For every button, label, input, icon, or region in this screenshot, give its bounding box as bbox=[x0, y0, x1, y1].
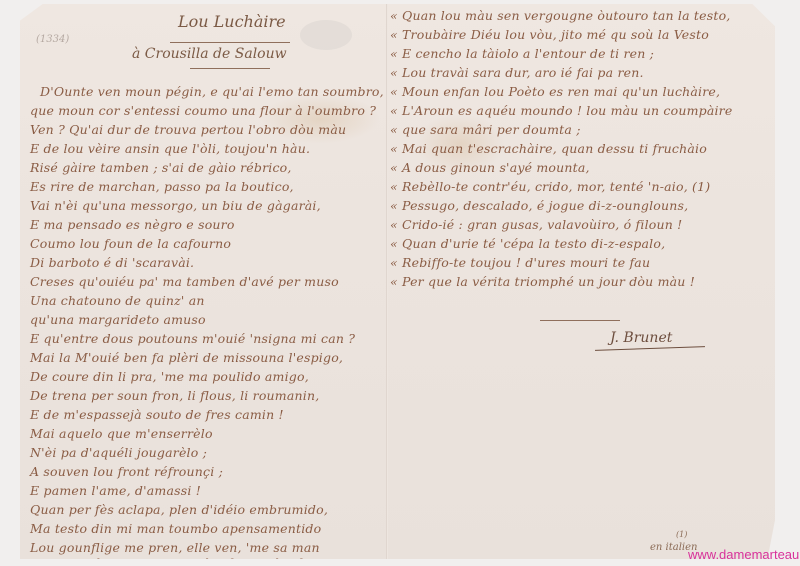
verse-line: que moun cor s'entessi coumo una flour à… bbox=[30, 103, 376, 118]
verse-line: Risé gàire tamben ; s'ai de gàio rébrico… bbox=[30, 160, 292, 175]
verse-line: « A dous ginoun s'ayé mounta, bbox=[390, 160, 590, 175]
verse-line: Ma testo din mi man toumbo apensamentido bbox=[30, 521, 321, 536]
verse-line: N'èi pa d'aquéli jougarèlo ; bbox=[30, 445, 207, 460]
verse-line: E de lou vèire ansin que l'òli, toujou'n… bbox=[30, 141, 310, 156]
poem-dedication: à Crousilla de Salouw bbox=[132, 46, 287, 62]
verse-line: « L'Aroun es aquéu moundo ! lou màu un c… bbox=[390, 103, 732, 118]
verse-line: « Per que la vérita triomphé un jour dòu… bbox=[390, 274, 695, 289]
verse-line: A souven lou front réfrounçi ; bbox=[30, 464, 223, 479]
verse-line: « Quan lou màu sen vergougne òutouro tan… bbox=[390, 8, 730, 23]
verse-line: E ma pensado es nègro e souro bbox=[30, 217, 235, 232]
verse-line: E pamen l'ame, d'amassi ! bbox=[30, 483, 201, 498]
catalog-mark: (1334) bbox=[36, 34, 69, 45]
verse-line: Ven ? Qu'ai dur de trouva pertou l'obro … bbox=[30, 122, 346, 137]
poem-title: Lou Luchàire bbox=[178, 12, 286, 31]
verse-line: « E cencho la tàiolo a l'entour de ti re… bbox=[390, 46, 654, 61]
verse-line: « Lou travài sara dur, aro ié fai pa ren… bbox=[390, 65, 644, 80]
verse-line: « Mai quan t'escrachàire, quan dessu ti … bbox=[390, 141, 707, 156]
verse-line: « que sara mâri per doumta ; bbox=[390, 122, 581, 137]
verse-line: « Rebiffo-te toujou ! d'ures mouri te fa… bbox=[390, 255, 650, 270]
verse-line: « Quan d'urie té 'cépa la testo di-z-esp… bbox=[390, 236, 665, 251]
verse-line: Mai aquelo que m'enserrèlo bbox=[30, 426, 213, 441]
verse-line: E qu'entre dous poutouns m'ouié 'nsigna … bbox=[30, 331, 355, 346]
verse-line: E de m'espassejà souto de fres camin ! bbox=[30, 407, 284, 422]
verse-line: M'outouro lou mentoun, me di « fas mai l… bbox=[30, 556, 337, 566]
verse-line: « Crido-ié : gran gusas, valavoùiro, ó f… bbox=[390, 217, 682, 232]
site-watermark: www.damemarteau.fr bbox=[688, 547, 800, 562]
verse-line: Di barboto é di 'scaravài. bbox=[30, 255, 194, 270]
verse-line: « Troubàire Diéu lou vòu, jito mé qu soù… bbox=[390, 27, 709, 42]
embossed-stamp bbox=[300, 20, 352, 50]
verse-line: Vai n'èi qu'una messorgo, un biu de gàga… bbox=[30, 198, 321, 213]
verse-line: « Pessugo, descalado, é jogue di-z-oungl… bbox=[390, 198, 688, 213]
closing-rule bbox=[540, 320, 620, 321]
verse-line: De trena per soun fron, li flous, li rou… bbox=[30, 388, 319, 403]
verse-line: Coumo lou foun de la cafourno bbox=[30, 236, 231, 251]
verse-line: De coure din li pra, 'me ma poulido amig… bbox=[30, 369, 309, 384]
manuscript-sheet: (1334) Lou Luchàire à Crousilla de Salou… bbox=[20, 4, 775, 559]
verse-line: Creses qu'ouiéu pa' ma tamben d'avé per … bbox=[30, 274, 339, 289]
verse-line: Es rire de marchan, passo pa la boutico, bbox=[30, 179, 294, 194]
verse-line: Mai la M'ouié ben fa plèri de missouna l… bbox=[30, 350, 343, 365]
verse-line: qu'una margarideto amuso bbox=[30, 312, 206, 327]
verse-line: Una chatouno de quinz' an bbox=[30, 293, 205, 308]
verse-line: « Rebèllo-te contr'éu, crido, mor, tenté… bbox=[390, 179, 710, 194]
verse-line: « Moun enfan lou Poèto es ren mai qu'un … bbox=[390, 84, 720, 99]
title-rule bbox=[170, 42, 290, 43]
page-fold bbox=[386, 4, 388, 559]
verse-line: D'Ounte ven moun pégin, e qu'ai l'emo ta… bbox=[40, 84, 384, 99]
dedication-rule bbox=[190, 68, 270, 69]
author-signature: J. Brunet bbox=[610, 330, 672, 346]
verse-line: Quan per fès aclapa, plen d'idéio embrum… bbox=[30, 502, 328, 517]
verse-line: Lou gounflige me pren, elle ven, 'me sa … bbox=[30, 540, 320, 555]
footnote-mark: (1) bbox=[676, 530, 687, 539]
